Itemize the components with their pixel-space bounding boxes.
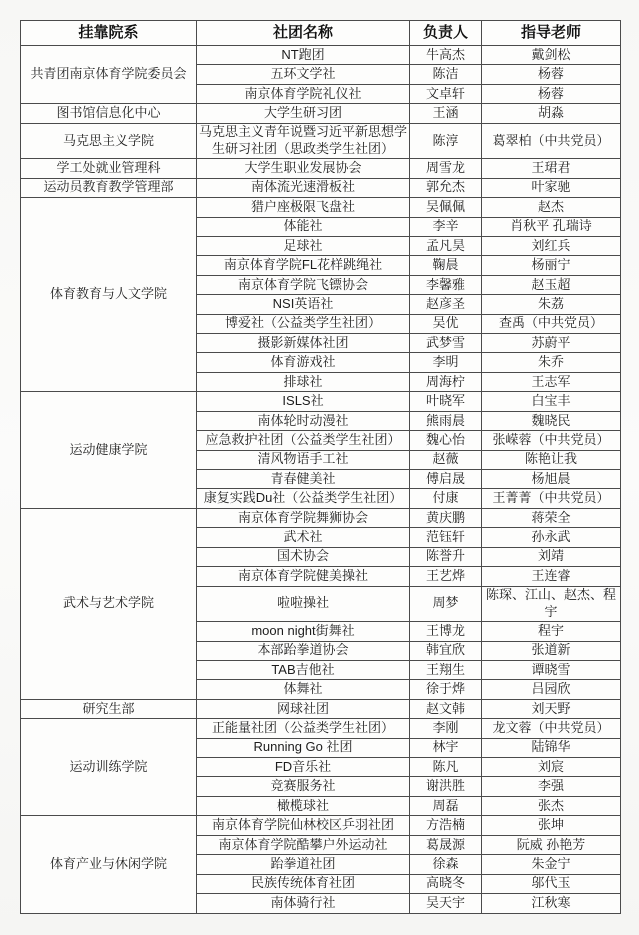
club-name-cell: 跆拳道社团: [197, 855, 410, 874]
club-name-cell: TAB吉他社: [197, 660, 410, 679]
club-name-cell: 猎户座极限飞盘社: [197, 198, 410, 217]
table-row: 武术与艺术学院南京体育学院舞狮协会黄庆鹏蒋荣全: [21, 508, 621, 527]
leader-cell: 牛高杰: [410, 46, 482, 65]
club-name-cell: 国术协会: [197, 547, 410, 566]
department-cell: 体育产业与休闲学院: [21, 816, 197, 914]
leader-cell: 赵薇: [410, 450, 482, 469]
leader-cell: 赵文韩: [410, 699, 482, 718]
club-name-cell: NSI英语社: [197, 295, 410, 314]
club-name-cell: 竞赛服务社: [197, 777, 410, 796]
leader-cell: 文卓轩: [410, 84, 482, 103]
table-row: 图书馆信息化中心大学生研习团王涵胡淼: [21, 104, 621, 123]
advisor-cell: 陈艳让我: [482, 450, 621, 469]
club-name-cell: moon night街舞社: [197, 622, 410, 641]
club-name-cell: 排球社: [197, 372, 410, 391]
advisor-cell: 张道新: [482, 641, 621, 660]
table-row: 运动训练学院正能量社团（公益类学生社团）李刚龙文蓉（中共党员）: [21, 719, 621, 738]
leader-cell: 付康: [410, 489, 482, 508]
leader-cell: 郭允杰: [410, 178, 482, 197]
leader-cell: 周海柠: [410, 372, 482, 391]
club-name-cell: 正能量社团（公益类学生社团）: [197, 719, 410, 738]
leader-cell: 孟凡昊: [410, 236, 482, 255]
leader-cell: 徐森: [410, 855, 482, 874]
advisor-cell: 杨丽宁: [482, 256, 621, 275]
leader-cell: 李刚: [410, 719, 482, 738]
table-row: 共青团南京体育学院委员会NT跑团牛高杰戴剑松: [21, 46, 621, 65]
advisor-cell: 江秋寒: [482, 894, 621, 914]
table-row: 体育产业与休闲学院南京体育学院仙林校区乒羽社团方浩楠张坤: [21, 816, 621, 835]
advisor-cell: 魏晓民: [482, 411, 621, 430]
advisor-cell: 刘宸: [482, 758, 621, 777]
advisor-cell: 陈琛、江山、赵杰、程宇: [482, 586, 621, 622]
advisor-cell: 邬代玉: [482, 874, 621, 893]
advisor-cell: 吕园欣: [482, 680, 621, 699]
club-name-cell: 五环文学社: [197, 65, 410, 84]
leader-cell: 周雪龙: [410, 159, 482, 178]
club-name-cell: 南京体育学院礼仪社: [197, 84, 410, 103]
club-name-cell: 南京体育学院舞狮协会: [197, 508, 410, 527]
advisor-cell: 杨蓉: [482, 84, 621, 103]
club-name-cell: 民族传统体育社团: [197, 874, 410, 893]
club-name-cell: NT跑团: [197, 46, 410, 65]
club-name-cell: 摄影新媒体社团: [197, 334, 410, 353]
leader-cell: 吴佩佩: [410, 198, 482, 217]
advisor-cell: 蒋荣全: [482, 508, 621, 527]
advisor-cell: 刘天野: [482, 699, 621, 718]
advisor-cell: 王志军: [482, 372, 621, 391]
leader-cell: 武梦雪: [410, 334, 482, 353]
department-cell: 学工处就业管理科: [21, 159, 197, 178]
advisor-cell: 胡淼: [482, 104, 621, 123]
advisor-cell: 戴剑松: [482, 46, 621, 65]
department-cell: 武术与艺术学院: [21, 508, 197, 699]
advisor-cell: 赵玉超: [482, 275, 621, 294]
club-name-cell: 橄榄球社: [197, 796, 410, 815]
leader-cell: 王涵: [410, 104, 482, 123]
advisor-cell: 程宇: [482, 622, 621, 641]
club-name-cell: 体育游戏社: [197, 353, 410, 372]
table-row: 研究生部网球社团赵文韩刘天野: [21, 699, 621, 718]
leader-cell: 熊雨晨: [410, 411, 482, 430]
leader-cell: 林宇: [410, 738, 482, 757]
table-row: 运动健康学院ISLS社叶晓军白宝丰: [21, 392, 621, 411]
advisor-cell: 李强: [482, 777, 621, 796]
leader-cell: 陈凡: [410, 758, 482, 777]
club-name-cell: 清风物语手工社: [197, 450, 410, 469]
club-name-cell: 南体骑行社: [197, 894, 410, 914]
advisor-cell: 陆锦华: [482, 738, 621, 757]
leader-cell: 李辛: [410, 217, 482, 236]
advisor-cell: 张杰: [482, 796, 621, 815]
leader-cell: 魏心怡: [410, 431, 482, 450]
club-name-cell: 网球社团: [197, 699, 410, 718]
leader-cell: 韩宜欣: [410, 641, 482, 660]
advisor-cell: 杨蓉: [482, 65, 621, 84]
advisor-cell: 谭晓雪: [482, 660, 621, 679]
club-name-cell: 大学生职业发展协会: [197, 159, 410, 178]
department-cell: 运动员教育教学管理部: [21, 178, 197, 197]
leader-cell: 方浩楠: [410, 816, 482, 835]
table-row: 体育教育与人文学院猎户座极限飞盘社吴佩佩赵杰: [21, 198, 621, 217]
club-name-cell: Running Go 社团: [197, 738, 410, 757]
header-advisor: 指导老师: [482, 21, 621, 46]
club-name-cell: 南体轮时动漫社: [197, 411, 410, 430]
leader-cell: 吴天宇: [410, 894, 482, 914]
leader-cell: 叶晓军: [410, 392, 482, 411]
advisor-cell: 张嵘蓉（中共党员）: [482, 431, 621, 450]
club-name-cell: FD音乐社: [197, 758, 410, 777]
club-name-cell: 体能社: [197, 217, 410, 236]
header-department: 挂靠院系: [21, 21, 197, 46]
leader-cell: 李明: [410, 353, 482, 372]
club-name-cell: 武术社: [197, 528, 410, 547]
leader-cell: 陈誉升: [410, 547, 482, 566]
club-name-cell: 大学生研习团: [197, 104, 410, 123]
leader-cell: 黄庆鹏: [410, 508, 482, 527]
leader-cell: 李馨雅: [410, 275, 482, 294]
leader-cell: 徐于烨: [410, 680, 482, 699]
club-name-cell: 南京体育学院健美操社: [197, 567, 410, 586]
advisor-cell: 刘红兵: [482, 236, 621, 255]
leader-cell: 赵彦圣: [410, 295, 482, 314]
advisor-cell: 王珺君: [482, 159, 621, 178]
club-name-cell: ISLS社: [197, 392, 410, 411]
club-name-cell: 南京体育学院仙林校区乒羽社团: [197, 816, 410, 835]
leader-cell: 陈洁: [410, 65, 482, 84]
advisor-cell: 赵杰: [482, 198, 621, 217]
advisor-cell: 白宝丰: [482, 392, 621, 411]
header-row: 挂靠院系 社团名称 负责人 指导老师: [21, 21, 621, 46]
club-name-cell: 南体流光速滑板社: [197, 178, 410, 197]
advisor-cell: 刘靖: [482, 547, 621, 566]
leader-cell: 谢洪胜: [410, 777, 482, 796]
leader-cell: 傅启晟: [410, 470, 482, 489]
advisor-cell: 张坤: [482, 816, 621, 835]
advisor-cell: 朱乔: [482, 353, 621, 372]
advisor-cell: 王菁菁（中共党员）: [482, 489, 621, 508]
club-name-cell: 本部跆拳道协会: [197, 641, 410, 660]
leader-cell: 葛晟源: [410, 835, 482, 854]
advisor-cell: 肖秋平 孔瑞诗: [482, 217, 621, 236]
club-table: 挂靠院系 社团名称 负责人 指导老师 共青团南京体育学院委员会NT跑团牛高杰戴剑…: [20, 20, 621, 914]
advisor-cell: 孙永武: [482, 528, 621, 547]
advisor-cell: 阮威 孙艳芳: [482, 835, 621, 854]
leader-cell: 周梦: [410, 586, 482, 622]
advisor-cell: 查禹（中共党员）: [482, 314, 621, 333]
club-name-cell: 博爱社（公益类学生社团）: [197, 314, 410, 333]
advisor-cell: 朱金宁: [482, 855, 621, 874]
club-name-cell: 南京体育学院酷攀户外运动社: [197, 835, 410, 854]
club-name-cell: 马克思主义青年说暨习近平新思想学生研习社团（思政类学生社团）: [197, 123, 410, 159]
table-row: 运动员教育教学管理部南体流光速滑板社郭允杰叶家驰: [21, 178, 621, 197]
advisor-cell: 龙文蓉（中共党员）: [482, 719, 621, 738]
department-cell: 共青团南京体育学院委员会: [21, 46, 197, 104]
club-name-cell: 啦啦操社: [197, 586, 410, 622]
leader-cell: 高晓冬: [410, 874, 482, 893]
club-name-cell: 足球社: [197, 236, 410, 255]
leader-cell: 鞠晨: [410, 256, 482, 275]
department-cell: 运动健康学院: [21, 392, 197, 509]
advisor-cell: 苏蔚平: [482, 334, 621, 353]
header-leader: 负责人: [410, 21, 482, 46]
advisor-cell: 叶家驰: [482, 178, 621, 197]
club-name-cell: 南京体育学院飞镖协会: [197, 275, 410, 294]
department-cell: 运动训练学院: [21, 719, 197, 816]
leader-cell: 周磊: [410, 796, 482, 815]
department-cell: 马克思主义学院: [21, 123, 197, 159]
document-page: 挂靠院系 社团名称 负责人 指导老师 共青团南京体育学院委员会NT跑团牛高杰戴剑…: [0, 0, 639, 935]
table-row: 学工处就业管理科大学生职业发展协会周雪龙王珺君: [21, 159, 621, 178]
leader-cell: 吴优: [410, 314, 482, 333]
advisor-cell: 朱荔: [482, 295, 621, 314]
department-cell: 研究生部: [21, 699, 197, 718]
club-name-cell: 体舞社: [197, 680, 410, 699]
leader-cell: 王翔生: [410, 660, 482, 679]
table-row: 马克思主义学院马克思主义青年说暨习近平新思想学生研习社团（思政类学生社团）陈淳葛…: [21, 123, 621, 159]
department-cell: 体育教育与人文学院: [21, 198, 197, 392]
club-name-cell: 南京体育学院FL花样跳绳社: [197, 256, 410, 275]
department-cell: 图书馆信息化中心: [21, 104, 197, 123]
header-club-name: 社团名称: [197, 21, 410, 46]
advisor-cell: 王连睿: [482, 567, 621, 586]
club-name-cell: 应急救护社团（公益类学生社团）: [197, 431, 410, 450]
advisor-cell: 杨旭晨: [482, 470, 621, 489]
club-name-cell: 青春健美社: [197, 470, 410, 489]
club-name-cell: 康复实践Du社（公益类学生社团）: [197, 489, 410, 508]
leader-cell: 范钰轩: [410, 528, 482, 547]
leader-cell: 陈淳: [410, 123, 482, 159]
leader-cell: 王艺烨: [410, 567, 482, 586]
leader-cell: 王博龙: [410, 622, 482, 641]
advisor-cell: 葛翠柏（中共党员）: [482, 123, 621, 159]
